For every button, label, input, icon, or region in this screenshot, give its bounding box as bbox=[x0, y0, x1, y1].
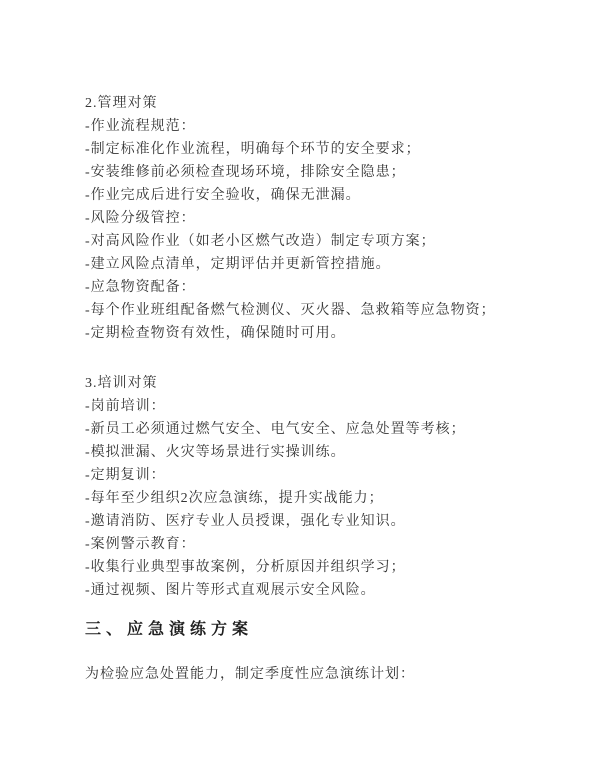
section-title-management: 2.管理对策 bbox=[85, 92, 520, 115]
doc-line: -应急物资配备： bbox=[85, 276, 520, 299]
doc-line: -作业完成后进行安全验收，确保无泄漏。 bbox=[85, 184, 520, 207]
doc-line: -收集行业典型事故案例，分析原因并组织学习； bbox=[85, 556, 520, 579]
doc-line: -作业流程规范： bbox=[85, 115, 520, 138]
drill-plan-intro-paragraph: 为检验应急处置能力，制定季度性应急演练计划： bbox=[85, 663, 520, 686]
doc-line: -风险分级管控： bbox=[85, 207, 520, 230]
doc-line: -岗前培训： bbox=[85, 395, 520, 418]
doc-line: -每年至少组织2次应急演练，提升实战能力； bbox=[85, 487, 520, 510]
section-management-countermeasures: 2.管理对策 -作业流程规范： -制定标准化作业流程，明确每个环节的安全要求； … bbox=[85, 92, 520, 345]
heading-emergency-drill-plan: 三、应急演练方案 bbox=[85, 618, 520, 642]
doc-line: -定期检查物资有效性，确保随时可用。 bbox=[85, 322, 520, 345]
section-title-training: 3.培训对策 bbox=[85, 372, 520, 395]
doc-line: -制定标准化作业流程，明确每个环节的安全要求； bbox=[85, 138, 520, 161]
doc-line: -邀请消防、医疗专业人员授课，强化专业知识。 bbox=[85, 510, 520, 533]
doc-line: -模拟泄漏、火灾等场景进行实操训练。 bbox=[85, 441, 520, 464]
doc-line: -新员工必须通过燃气安全、电气安全、应急处置等考核； bbox=[85, 418, 520, 441]
doc-line: -案例警示教育： bbox=[85, 533, 520, 556]
doc-line: -通过视频、图片等形式直观展示安全风险。 bbox=[85, 579, 520, 602]
section-training-countermeasures: 3.培训对策 -岗前培训： -新员工必须通过燃气安全、电气安全、应急处置等考核；… bbox=[85, 372, 520, 602]
doc-line: -每个作业班组配备燃气检测仪、灭火器、急救箱等应急物资； bbox=[85, 299, 520, 322]
doc-line: -对高风险作业（如老小区燃气改造）制定专项方案； bbox=[85, 230, 520, 253]
doc-line: -建立风险点清单，定期评估并更新管控措施。 bbox=[85, 253, 520, 276]
doc-line: -定期复训： bbox=[85, 464, 520, 487]
doc-line: -安装维修前必须检查现场环境，排除安全隐患； bbox=[85, 161, 520, 184]
document-page: 2.管理对策 -作业流程规范： -制定标准化作业流程，明确每个环节的安全要求； … bbox=[0, 0, 600, 776]
